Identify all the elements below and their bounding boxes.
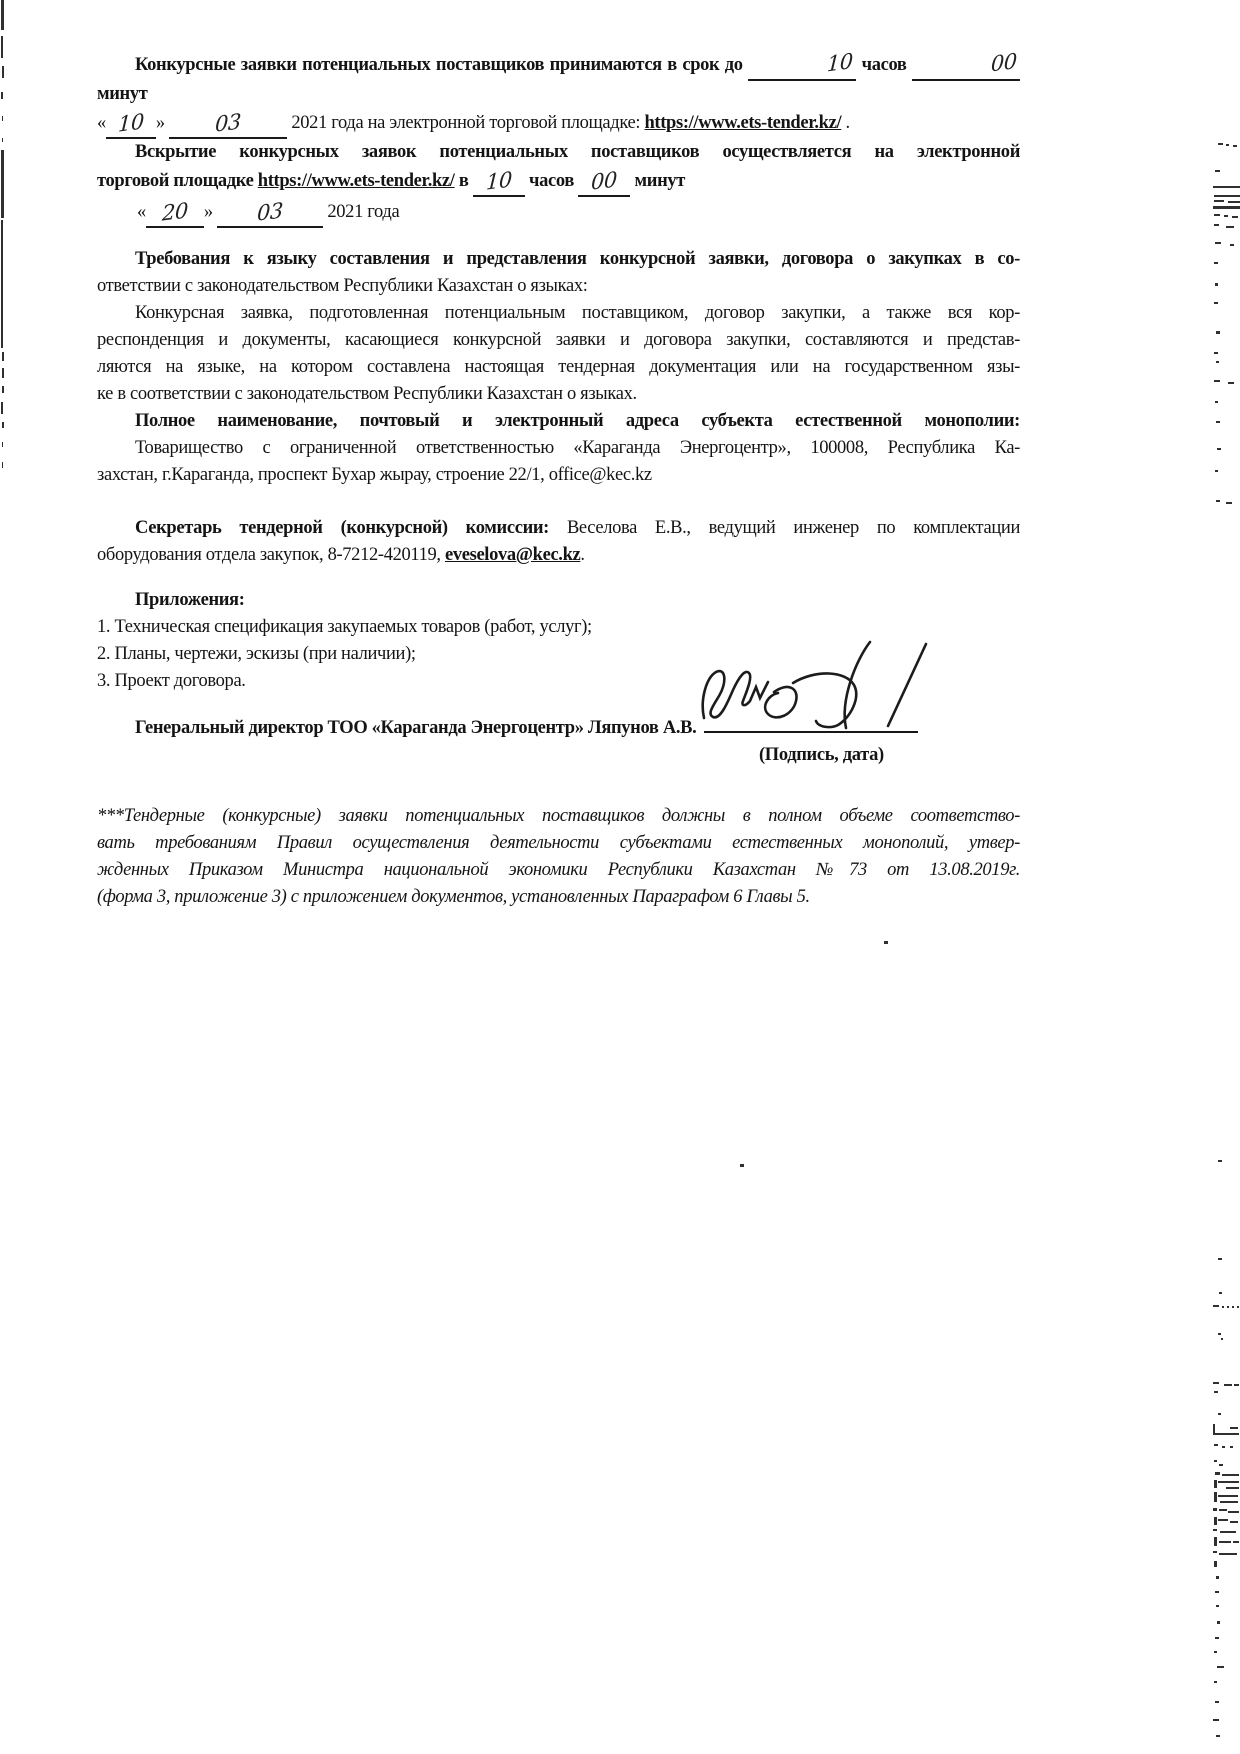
- scan-speck: [1228, 382, 1234, 384]
- text-segment: Секретарь тендерной (конкурсной) комисси…: [135, 518, 567, 538]
- text-segment: »: [156, 113, 169, 133]
- text-segment: Веселова Е.В., ведущий инженер по компле…: [567, 518, 1020, 538]
- scan-speck: [1, 36, 3, 58]
- text-line: Секретарь тендерной (конкурсной) комисси…: [97, 515, 1020, 542]
- scan-speck: [1234, 1384, 1239, 1386]
- scan-speck: [1224, 1384, 1232, 1386]
- scan-speck: [1214, 1391, 1218, 1393]
- text-segment: 2021 года: [323, 202, 399, 222]
- text-segment: торговой площадке: [97, 171, 258, 191]
- scan-speck: [1220, 1501, 1238, 1503]
- scan-speck: [1224, 215, 1228, 217]
- scan-speck: [1215, 242, 1221, 244]
- scan-speck: [1214, 1517, 1217, 1525]
- scan-speck: [1215, 283, 1218, 286]
- scan-speck: [1213, 1382, 1219, 1384]
- scan-speck: [2, 66, 4, 78]
- text-segment: в: [455, 171, 473, 191]
- scan-speck: [2, 352, 4, 361]
- scan-speck: [1219, 1292, 1222, 1294]
- scan-speck: [1228, 1511, 1239, 1513]
- footnote: ***Тендерные (конкурсные) заявки потенци…: [97, 803, 1020, 911]
- scan-speck: [1214, 1480, 1217, 1488]
- scan-speck: [1218, 1333, 1221, 1335]
- text-line: Требования к языку составления и предста…: [97, 246, 1020, 273]
- text-segment: 3. Проект договора.: [97, 671, 246, 691]
- scanned-document-page: Конкурсные заявки потенциальных поставщи…: [0, 0, 1240, 1754]
- scan-speck: [1214, 214, 1220, 216]
- text-line: Вскрытие конкурсных заявок потенциальных…: [97, 139, 1020, 166]
- text-segment: жденных Приказом Министра национальной э…: [97, 860, 1020, 880]
- text-segment: часов: [525, 171, 578, 191]
- scan-speck: [1, 92, 3, 99]
- text-segment: eveselova@kec.kz: [445, 545, 580, 565]
- text-line: Генеральный директор ТОО «Караганда Энер…: [97, 715, 1020, 742]
- scan-speck: [1219, 1464, 1223, 1466]
- scan-speck: [2, 116, 3, 121]
- text-line: «10» 03 2021 года на электронной торгово…: [97, 108, 1020, 139]
- scan-speck: [1213, 1508, 1217, 1511]
- language-requirements-heading: Требования к языку составления и предста…: [97, 246, 1020, 300]
- text-line: ответствии с законодательством Республик…: [97, 273, 1020, 300]
- scan-speck: [1213, 206, 1240, 209]
- text-segment: Конкурсные заявки потенциальных поставщи…: [135, 55, 748, 75]
- text-segment: вать требованиям Правил осуществления де…: [97, 833, 1020, 853]
- scan-speck: [1230, 1446, 1233, 1448]
- scan-speck: [1215, 401, 1218, 403]
- scan-speck: [2, 442, 3, 447]
- scan-speck: [2, 138, 3, 142]
- scan-speck: [1222, 1306, 1224, 1308]
- scan-speck: [1216, 331, 1220, 334]
- scan-speck: [1216, 361, 1219, 363]
- scan-speck: [1, 150, 4, 218]
- handwritten-entry: 03: [169, 108, 287, 139]
- text-line: Товарищество с ограниченной ответственно…: [97, 435, 1020, 462]
- text-segment: Конкурсная заявка, подготовленная потенц…: [135, 303, 1020, 323]
- text-segment: https://www.ets-tender.kz/: [258, 171, 455, 191]
- text-segment: ляются на языке, на котором составлена н…: [97, 357, 1020, 377]
- scan-speck: [1214, 380, 1220, 382]
- scan-speck: [1216, 1576, 1219, 1579]
- scan-speck: [1216, 500, 1220, 502]
- scan-speck: [1219, 1509, 1227, 1511]
- scan-speck: [1218, 1413, 1221, 1415]
- text-line: захстан, г.Караганда, проспект Бухар жыр…: [97, 462, 1020, 489]
- scan-speck: [1230, 244, 1234, 246]
- entity-name-paragraph: Товарищество с ограниченной ответственно…: [97, 435, 1020, 489]
- scan-speck: [1232, 1306, 1234, 1308]
- scan-speck: [2, 386, 4, 393]
- text-line: Приложения:: [97, 587, 1020, 614]
- signature-line: [704, 725, 918, 733]
- scan-speck: [1, 220, 3, 348]
- scan-speck: [1214, 1651, 1217, 1653]
- handwritten-entry: 20: [146, 197, 204, 228]
- scan-speck: [1232, 216, 1238, 218]
- scan-speck: [1214, 1561, 1217, 1567]
- scan-speck: [1213, 1529, 1217, 1531]
- text-line: вать требованиям Правил осуществления де…: [97, 830, 1020, 857]
- text-segment: оборудования отдела закупок, 8-7212-4201…: [97, 545, 445, 565]
- text-segment: »: [204, 202, 217, 222]
- scan-speck: [1216, 1605, 1219, 1607]
- text-segment: ответствии с законодательством Республик…: [97, 276, 588, 296]
- scan-speck: [1222, 1474, 1239, 1476]
- handwritten-value: 00: [591, 166, 618, 197]
- text-segment: захстан, г.Караганда, проспект Бухар жыр…: [97, 465, 652, 485]
- scan-speck: [1213, 1433, 1239, 1435]
- text-line: торговой площадке https://www.ets-tender…: [97, 166, 1020, 197]
- text-segment: минут: [630, 171, 685, 191]
- text-segment: .: [580, 545, 584, 565]
- handwritten-entry: 10: [473, 166, 525, 197]
- text-line: (Подпись, дата): [97, 742, 1020, 769]
- scan-speck: [1214, 1444, 1218, 1446]
- scan-speck: [2, 462, 3, 468]
- signature-caption: (Подпись, дата): [97, 742, 1020, 769]
- text-segment: Генеральный директор ТОО «Караганда Энер…: [135, 718, 696, 738]
- scan-speck: [1214, 1537, 1217, 1546]
- text-line: респонденция и документы, касающиеся кон…: [97, 327, 1020, 354]
- text-line: ляются на языке, на котором составлена н…: [97, 354, 1020, 381]
- text-segment: (Подпись, дата): [759, 745, 884, 765]
- scan-speck: [1215, 1637, 1219, 1639]
- scan-speck: [1213, 1305, 1219, 1307]
- text-line: «20» 03 2021 года: [97, 197, 1020, 228]
- scan-speck: [1214, 262, 1218, 264]
- scan-speck: [1214, 195, 1240, 197]
- text-segment: Приложения:: [135, 590, 245, 610]
- scan-speck: [884, 941, 888, 944]
- director-signature-line: Генеральный директор ТОО «Караганда Энер…: [97, 715, 1020, 742]
- text-segment: Полное наименование, почтовый и электрон…: [135, 411, 1020, 431]
- scan-speck: [1213, 186, 1240, 188]
- text-segment: Требования к языку составления и предста…: [135, 249, 1020, 269]
- text-segment: Вскрытие конкурсных заявок потенциальных…: [135, 142, 1020, 162]
- scan-speck: [1, 0, 4, 30]
- text-line: жденных Приказом Министра национальной э…: [97, 857, 1020, 884]
- scan-speck: [1215, 470, 1218, 472]
- scan-speck: [1237, 1306, 1239, 1308]
- scan-speck: [1214, 200, 1224, 202]
- scan-speck: [1230, 1521, 1238, 1523]
- scan-speck: [1230, 1427, 1238, 1429]
- text-segment: .: [841, 113, 850, 133]
- scan-speck: [1226, 502, 1232, 504]
- scan-speck: [2, 368, 4, 378]
- text-line: ке в соответствии с законодательством Ре…: [97, 381, 1020, 408]
- scan-speck: [740, 1164, 744, 1167]
- text-line: 1. Техническая спецификация закупаемых т…: [97, 614, 1020, 641]
- handwritten-entry: 03: [217, 197, 323, 228]
- scan-speck: [1233, 145, 1237, 147]
- scan-speck: [1222, 1446, 1225, 1448]
- document-body: Конкурсные заявки потенциальных поставщи…: [97, 50, 1020, 911]
- text-segment: часов: [856, 55, 912, 75]
- deadline-paragraph: Конкурсные заявки потенциальных поставщи…: [97, 50, 1020, 139]
- text-segment: ке в соответствии с законодательством Ре…: [97, 384, 637, 404]
- text-segment: «: [97, 113, 106, 133]
- scan-speck: [1221, 1338, 1223, 1340]
- text-segment: ***Тендерные (конкурсные) заявки потенци…: [97, 806, 1020, 826]
- text-line: Конкурсные заявки потенциальных поставщи…: [97, 50, 1020, 108]
- scan-speck: [1226, 1487, 1239, 1489]
- scan-speck: [1228, 201, 1240, 203]
- text-line: оборудования отдела закупок, 8-7212-4201…: [97, 542, 1020, 569]
- scan-speck: [1226, 144, 1229, 146]
- scan-speck: [1217, 1621, 1220, 1624]
- handwritten-entry: 10: [106, 108, 156, 139]
- scan-speck: [1218, 1481, 1239, 1483]
- scan-speck: [1216, 421, 1220, 423]
- scan-speck: [2, 422, 4, 428]
- handwritten-value: 10: [485, 166, 512, 197]
- entity-name-heading: Полное наименование, почтовый и электрон…: [97, 408, 1020, 435]
- handwritten-entry: 10: [748, 50, 856, 81]
- text-segment: (форма 3, приложение 3) с приложением до…: [97, 887, 810, 907]
- handwritten-entry: 00: [912, 50, 1020, 81]
- text-line: ***Тендерные (конкурсные) заявки потенци…: [97, 803, 1020, 830]
- handwritten-entry: 00: [578, 166, 630, 197]
- scan-speck: [1219, 1541, 1231, 1543]
- handwritten-value: 20: [161, 197, 188, 228]
- scan-speck: [1215, 1701, 1219, 1703]
- text-segment: 2. Планы, чертежи, эскизы (при наличии);: [97, 644, 416, 664]
- handwritten-value: 10: [117, 108, 144, 139]
- scan-speck: [1218, 1258, 1222, 1260]
- scan-speck: [1215, 1472, 1220, 1475]
- scan-speck: [1214, 1681, 1217, 1683]
- scan-speck: [1215, 1591, 1219, 1593]
- scan-speck: [1227, 1306, 1229, 1308]
- scan-speck: [1214, 1460, 1217, 1462]
- scan-speck: [1213, 1551, 1217, 1553]
- text-segment: 2021 года на электронной торговой площад…: [287, 113, 644, 133]
- secretary-paragraph: Секретарь тендерной (конкурсной) комисси…: [97, 515, 1020, 569]
- text-line: Полное наименование, почтовый и электрон…: [97, 408, 1020, 435]
- scan-speck: [1215, 170, 1220, 172]
- scan-speck: [1217, 448, 1221, 450]
- scan-speck: [1218, 1160, 1222, 1162]
- scan-speck: [1219, 1553, 1237, 1555]
- text-segment: Товарищество с ограниченной ответственно…: [135, 438, 1020, 458]
- scan-speck: [1214, 302, 1218, 304]
- scan-speck: [1233, 1541, 1239, 1543]
- scan-speck: [1214, 1492, 1217, 1502]
- scan-speck: [1218, 1495, 1238, 1497]
- handwritten-value: 10: [789, 48, 854, 83]
- scan-speck: [1, 402, 3, 414]
- text-segment: «: [137, 202, 146, 222]
- text-segment: респонденция и документы, касающиеся кон…: [97, 330, 1020, 350]
- scan-speck: [1218, 1519, 1228, 1521]
- text-line: (форма 3, приложение 3) с приложением до…: [97, 884, 1020, 911]
- scan-speck: [1218, 143, 1223, 145]
- scan-speck: [1217, 1666, 1224, 1668]
- scan-speck: [1220, 1531, 1236, 1533]
- text-segment: https://www.ets-tender.kz/: [644, 113, 841, 133]
- language-requirements-paragraph: Конкурсная заявка, подготовленная потенц…: [97, 300, 1020, 408]
- handwritten-value: 00: [952, 48, 1017, 83]
- text-segment: минут: [97, 84, 148, 104]
- handwritten-signature: [698, 638, 934, 738]
- handwritten-value: 03: [214, 108, 241, 139]
- scan-speck: [1214, 224, 1219, 226]
- scan-speck: [1216, 1735, 1220, 1737]
- handwritten-value: 03: [256, 197, 283, 228]
- scan-speck: [1214, 352, 1218, 354]
- scan-speck: [1226, 226, 1234, 228]
- text-segment: 1. Техническая спецификация закупаемых т…: [97, 617, 592, 637]
- text-line: Конкурсная заявка, подготовленная потенц…: [97, 300, 1020, 327]
- opening-paragraph: Вскрытие конкурсных заявок потенциальных…: [97, 139, 1020, 228]
- scan-speck: [1213, 1719, 1219, 1721]
